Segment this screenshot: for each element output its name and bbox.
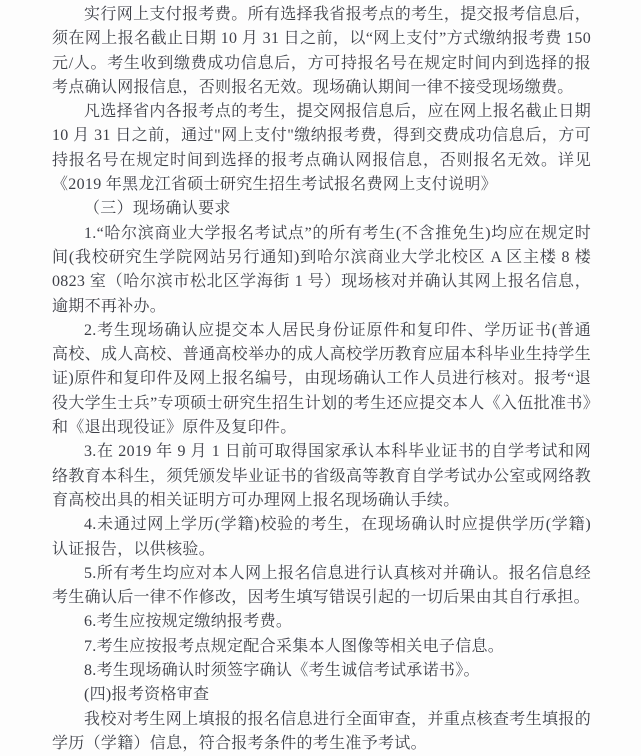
para-online-payment-provincial: 实行网上支付报考费。所有选择我省报考点的考生，提交报考信息后，须在网上报名截止日… xyxy=(52,3,591,100)
list-item-2-documents-required: 2.考生现场确认应提交本人居民身份证原件和复印件、学历证书(普通高校、成人高校、… xyxy=(52,319,591,440)
list-item-8-integrity-pledge: 8.考生现场确认时须签字确认《考生诚信考试承诺书》。 xyxy=(52,659,591,683)
document-page: 实行网上支付报考费。所有选择我省报考点的考生，提交报考信息后，须在网上报名截止日… xyxy=(0,0,641,756)
list-item-6-pay-fee: 6.考生应按规定缴纳报考费。 xyxy=(52,610,591,634)
list-item-7-image-collection: 7.考生应按报考点规定配合采集本人图像等相关电子信息。 xyxy=(52,635,591,659)
list-item-3-self-study-network-students: 3.在 2019 年 9 月 1 日前可取得国家承认本科毕业证书的自学考试和网络… xyxy=(52,440,591,513)
list-item-4-verification-report: 4.未通过网上学历(学籍)校验的考生，在现场确认时应提供学历(学籍)认证报告，以… xyxy=(52,513,591,562)
heading-section-3-onsite-confirmation: （三）现场确认要求 xyxy=(52,197,591,221)
heading-section-4-qualification-review: (四)报考资格审查 xyxy=(52,683,591,707)
para-online-payment-in-province: 凡选择省内各报考点的考生，提交网报信息后，应在网上报名截止日期 10 月 31 … xyxy=(52,100,591,197)
list-item-5-info-confirmation: 5.所有考生均应对本人网上报名信息进行认真核对并确认。报名信息经考生确认后一律不… xyxy=(52,562,591,611)
list-item-1-confirmation-site: 1.“哈尔滨商业大学报名考试点”的所有考生(不含推免生)均应在规定时间(我校研究… xyxy=(52,222,591,319)
para-qualification-review: 我校对考生网上填报的报名信息进行全面审查，并重点核查考生填报的学历（学籍）信息，… xyxy=(52,708,591,756)
